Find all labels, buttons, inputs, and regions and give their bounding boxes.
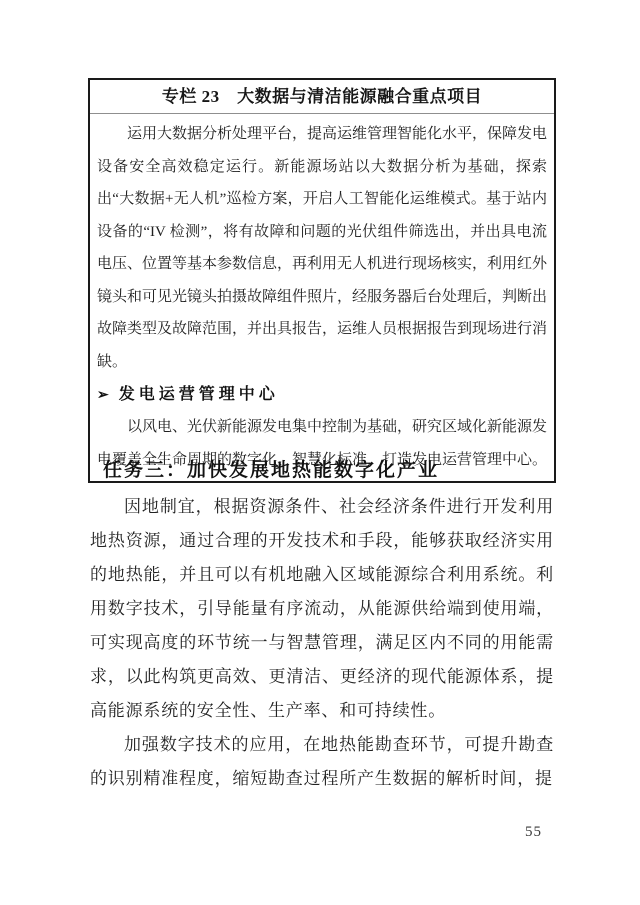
bullet-item: ➢ 发电运营管理中心	[97, 378, 547, 411]
body-paragraph-1: 因地制宜，根据资源条件、社会经济条件进行开发利用地热资源，通过合理的开发技术和手…	[90, 490, 554, 728]
section-heading: 任务三：加快发展地热能数字化产业	[103, 458, 439, 484]
page-number: 55	[525, 824, 542, 841]
main-text-block: 因地制宜，根据资源条件、社会经济条件进行开发利用地热资源，通过合理的开发技术和手…	[90, 490, 554, 796]
callout-box-body: 运用大数据分析处理平台，提高运维管理智能化水平，保障发电设备安全高效稳定运行。新…	[90, 114, 554, 481]
bullet-item-label: 发电运营管理中心	[119, 378, 279, 411]
body-paragraph-2: 加强数字技术的应用，在地热能勘查环节，可提升勘查的识别精准程度，缩短勘查过程所产…	[90, 728, 554, 796]
callout-paragraph-1: 运用大数据分析处理平台，提高运维管理智能化水平，保障发电设备安全高效稳定运行。新…	[97, 118, 547, 378]
callout-box: 专栏 23 大数据与清洁能源融合重点项目 运用大数据分析处理平台，提高运维管理智…	[88, 78, 556, 483]
document-page: 专栏 23 大数据与清洁能源融合重点项目 运用大数据分析处理平台，提高运维管理智…	[0, 0, 640, 905]
callout-box-title: 专栏 23 大数据与清洁能源融合重点项目	[90, 80, 554, 114]
arrow-bullet-icon: ➢	[97, 379, 109, 412]
